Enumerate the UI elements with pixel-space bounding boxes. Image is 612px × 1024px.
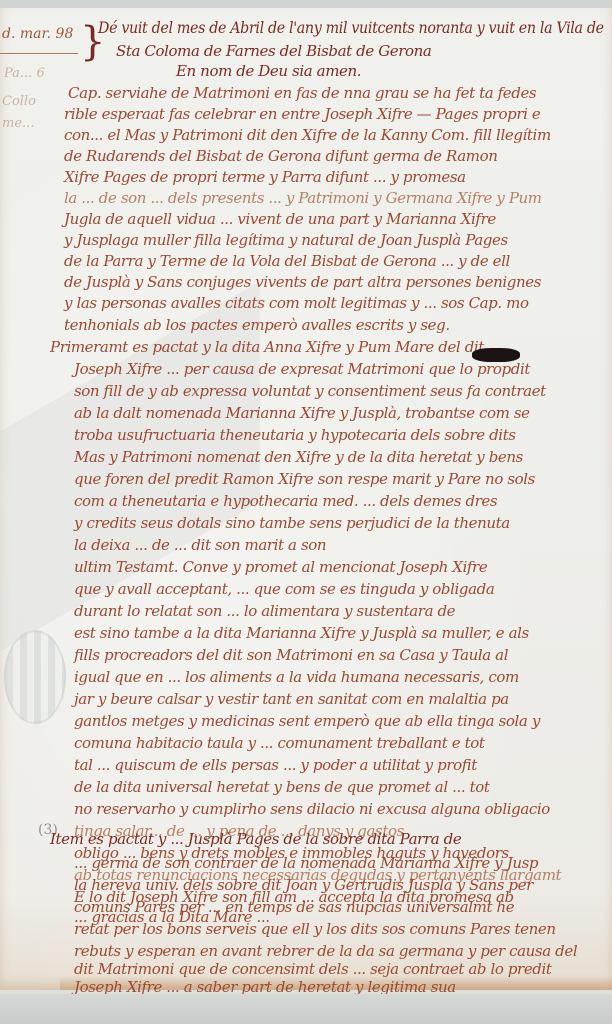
text-line: son fill de y ab expressa voluntat y con… <box>74 382 546 400</box>
text-line: Primeramt es pactat y la dita Anna Xifre… <box>50 338 484 356</box>
margin-rule <box>0 53 78 54</box>
text-line: no reservarho y cumplirho sens dilacio n… <box>74 800 550 818</box>
text-line: la ... de son ... dels presents ... y Pa… <box>64 189 542 207</box>
text-line: con... el Mas y Patrimoni dit den Xifre … <box>64 126 551 144</box>
text-line: que foren del predit Ramon Xifre son res… <box>74 470 535 488</box>
margin-date-note: d. mar. 98 <box>2 26 73 42</box>
text-line: y credits seus dotals sino tambe sens pe… <box>74 514 510 532</box>
photo-bottom-edge <box>0 994 612 1024</box>
text-line: ab la dalt nomenada Marianna Xifre y Jus… <box>74 404 530 422</box>
text-line: que y avall acceptant, ... que com se es… <box>74 580 494 598</box>
text-line: la deixa ... de ... dit son marit a son <box>74 536 326 554</box>
ink-blot <box>472 348 520 362</box>
text-line: Xifre Pages de propri terme y Parra difu… <box>64 168 466 186</box>
text-line: Joseph Xifre ... per causa de expresat M… <box>74 360 530 378</box>
text-line: ultim Testamt. Conve y promet al mencion… <box>74 558 487 576</box>
text-line: de Rudarends del Bisbat de Gerona difunt… <box>64 147 498 165</box>
text-line: Mas y Patrimoni nomenat den Xifre y de l… <box>74 448 523 466</box>
text-line: com a theneutaria e hypothecaria med. ..… <box>74 492 497 510</box>
text-line: rible esperaat fas celebrar en entre Jos… <box>64 105 540 123</box>
text-line: comuns Pares per ... en temps de sas nup… <box>74 898 514 916</box>
text-line: rebuts y esperan en avant rebrer de la d… <box>74 942 577 960</box>
margin-note: Pa... 6 <box>4 66 45 81</box>
text-line: dit Matrimoni que de concensimt dels ...… <box>74 960 552 978</box>
margin-note: me... <box>2 116 34 131</box>
text-line: est sino tambe a la dita Marianna Xifre … <box>74 624 529 642</box>
text-line: durant lo relatat son ... lo alimentara … <box>74 602 455 620</box>
text-line: gantlos metges y medicinas sent emperò q… <box>74 712 540 730</box>
margin-note: Collo <box>2 94 36 109</box>
paper-watermark <box>4 630 66 724</box>
text-line: jar y beure calsar y vestir tant en sani… <box>74 690 509 708</box>
text-line: tenhonials ab los pactes emperò avalles … <box>64 316 450 334</box>
text-line: tal ... quiscum de ells persas ... y pod… <box>74 756 477 774</box>
manuscript-page: d. mar. 98 Pa... 6 Collo me... } (3) Dé … <box>0 8 612 990</box>
heading-line: Sta Coloma de Farnes del Bisbat de Geron… <box>116 42 431 60</box>
text-line: Cap. serviahe de Matrimoni en fas de nna… <box>68 84 536 102</box>
text-line: de la dita universal heretat y bens de q… <box>74 778 489 796</box>
text-line: Item es pactat y ... Jusplà Pages de la … <box>50 830 461 848</box>
text-line: ... germa de son contraer de la nomenada… <box>74 854 538 872</box>
text-line: comuna habitacio taula y ... comunament … <box>74 734 485 752</box>
text-line: de Jusplà y Sans conjuges vivents de par… <box>64 273 541 291</box>
text-line: retat per los bons serveis que ell y los… <box>74 920 556 938</box>
heading-line: Dé vuit del mes de Abril de l'any mil vu… <box>98 18 604 37</box>
text-line: de la Parra y Terme de la Vola del Bisba… <box>64 252 510 270</box>
text-line: y Jusplaga muller filla legítima y natur… <box>64 231 508 249</box>
manuscript-photo: d. mar. 98 Pa... 6 Collo me... } (3) Dé … <box>0 0 612 1024</box>
text-line: la hereva univ. dels sobre dit Joan y Ge… <box>74 876 533 894</box>
invocation-line: En nom de Deu sia amen. <box>176 62 361 80</box>
text-line: troba usufructuaria theneutaria y hypote… <box>74 426 516 444</box>
text-line: fills procreadors del dit son Matrimoni … <box>74 646 508 664</box>
text-line: Jugla de aquell vidua ... vivent de una … <box>64 210 496 228</box>
text-line: y las personas avalles citats com molt l… <box>64 294 529 312</box>
text-line: igual que en ... los aliments a la vida … <box>74 668 519 686</box>
